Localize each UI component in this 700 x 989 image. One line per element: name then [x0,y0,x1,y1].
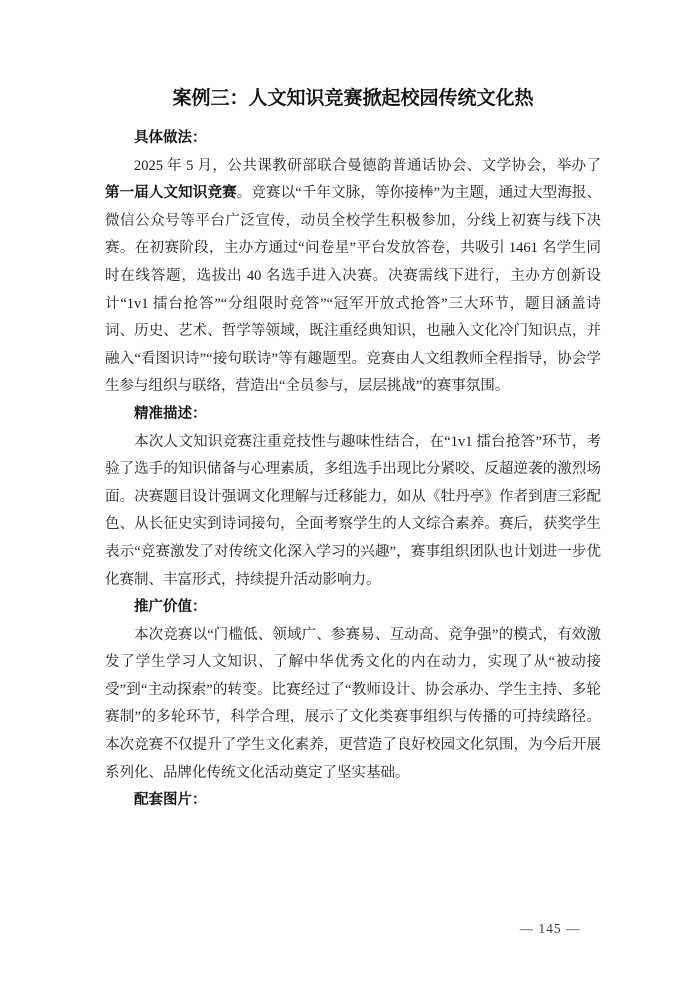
section-supporting-images: 配套图片： [105,787,601,815]
document-content: 案例三：人文知识竞赛掀起校园传统文化热 具体做法： 2025 年 5 月，公共课… [105,86,601,815]
page-number: — 145 — [470,919,630,939]
document-page: 案例三：人文知识竞赛掀起校园传统文化热 具体做法： 2025 年 5 月，公共课… [0,0,700,989]
section-precise-description: 精准描述： 本次人文知识竞赛注重竞技性与趣味性结合，在“1v1 擂台抢答”环节，… [105,401,601,594]
section-heading-specific-measures: 具体做法： [105,125,601,153]
section-heading-promotion-value: 推广价值： [105,594,601,622]
section-heading-supporting-images: 配套图片： [105,787,601,815]
page-title: 案例三：人文知识竞赛掀起校园传统文化热 [105,86,601,112]
bold-competition-name: 第一届人文知识竞赛 [105,185,237,201]
paragraph-run: 。竞赛以“千年文脉，等你接棒”为主题，通过大型海报、微信公众号等平台广泛宣传，动… [105,185,601,394]
section-specific-measures: 具体做法： 2025 年 5 月，公共课教研部联合曼德韵普通话协会、文学协会，举… [105,125,601,401]
section-heading-precise-description: 精准描述： [105,401,601,429]
section-paragraph-promotion-value: 本次竞赛以“门槛低、领域广、参赛易、互动高、竞争强”的模式，有效激发了学生学习人… [105,622,601,788]
section-promotion-value: 推广价值： 本次竞赛以“门槛低、领域广、参赛易、互动高、竞争强”的模式，有效激发… [105,594,601,787]
section-paragraph-specific-measures: 2025 年 5 月，公共课教研部联合曼德韵普通话协会、文学协会，举办了第一届人… [105,153,601,401]
section-paragraph-precise-description: 本次人文知识竞赛注重竞技性与趣味性结合，在“1v1 擂台抢答”环节，考验了选手的… [105,429,601,595]
paragraph-run: 2025 年 5 月，公共课教研部联合曼德韵普通话协会、文学协会，举办了 [134,158,601,174]
